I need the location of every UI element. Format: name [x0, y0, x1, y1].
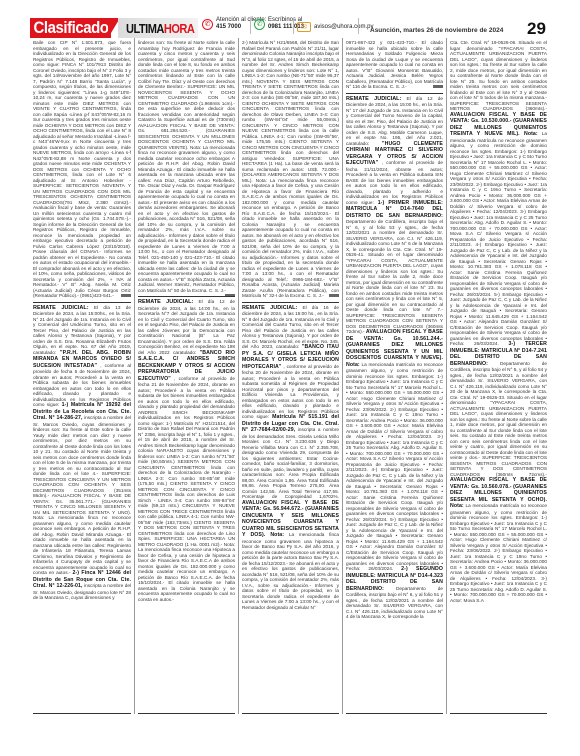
notice-body-text: La mencionada matrícula no reconoce grav… — [450, 503, 547, 603]
notice-body-text: Cta. Cte. Ctral. N° 19-0526-06. Situado … — [450, 40, 547, 111]
notice-separator — [33, 302, 131, 303]
notice-body-text: La mencionada matrícula no reconoce grav… — [346, 362, 443, 572]
column-2: linderos son: Su frente al Norte sobre l… — [134, 38, 238, 714]
notice-body-text: , conforme al proveído de fecha 21/11/20… — [346, 160, 443, 205]
notice-heading: REMATE JUDICIAL: — [346, 96, 401, 102]
notice-separator — [346, 93, 443, 94]
page-number: 29 — [527, 19, 546, 39]
column-bottom-rule — [242, 713, 339, 714]
logo-part2: HORA — [164, 21, 195, 36]
notice-body-text: La mencionada matrícula no reconoce grav… — [450, 131, 547, 346]
notice-heading: REMATE JUDICIAL: — [138, 299, 193, 305]
newspaper-logo: ULTIMAHORA — [126, 22, 194, 36]
classifieds-columns: Baile con CIP N° 1.501.873, que fuera em… — [30, 38, 550, 714]
notice-body-text: El día 13 de Diciembre de 2024, a las 15… — [33, 305, 131, 355]
column-bottom-rule — [450, 713, 547, 714]
notice-body-text: inscripta a nombre de los demandados Sre… — [242, 427, 339, 499]
notice-text: REMATE JUDICIAL: El día 12 de Diciembre … — [138, 299, 235, 602]
notice-end-mark — [433, 85, 443, 88]
notice-body-text: Baile con CIP N° 1.501.873, que fuera em… — [33, 40, 131, 298]
section-title: Clasificados — [30, 18, 111, 38]
notice-end-mark — [121, 294, 131, 297]
notice-body-text: La mencionada finca reconoce como gravam… — [242, 532, 339, 610]
notice-body-text: El día 16 de diciembre de 2024, a las 15… — [242, 305, 339, 350]
notice-text: linderos son: Su frente al Norte sobre l… — [138, 40, 235, 293]
publication-date: Asunción, martes 26 de noviembre de 2024 — [370, 27, 503, 34]
whatsapp-icon: ✆ — [254, 19, 265, 30]
notice-body-text: 2-) Matrícula N° H21/6568, del Distrito … — [242, 40, 339, 298]
notice-text: 0971-867-422 y 021-423-710.- El citado i… — [346, 40, 443, 90]
contact-email-value: avisos@uhora.com.py — [314, 24, 373, 30]
notice-text: Baile con CIP N° 1.501.873, que fuera em… — [33, 40, 131, 299]
notice-heading: REMATE JUDICIAL: — [33, 305, 89, 311]
notice-body-text: inscripta a nombre del Sr. Marcos Oviedo… — [33, 415, 131, 575]
column-4: 0971-867-422 y 021-423-710.- El citado i… — [342, 38, 446, 714]
column-bottom-rule — [138, 713, 235, 714]
notice-body-text: Departamento de Cordillera, inscripto ba… — [346, 219, 443, 334]
column-5: Cta. Cte. Ctral. N° 19-0526-06. Situado … — [446, 38, 550, 714]
page-header: Clasificados ULTIMAHORA ✆ Atención al cl… — [0, 0, 580, 38]
notice-heading: REMATE JUDICIAL: — [242, 305, 297, 311]
header-divider — [358, 18, 359, 34]
notice-text: REMATE JUDICIAL: El día 12 de Diciembre … — [346, 96, 443, 620]
phone-icon: ✆ — [202, 19, 213, 30]
notice-body-text: El día 12 de Diciembre de 2024, a las 15… — [346, 96, 443, 146]
notice-text: 2-) Matrícula N° H21/6568, del Distrito … — [242, 40, 339, 299]
notice-text: REMATE JUDICIAL: El día 16 de diciembre … — [242, 305, 339, 611]
header-divider — [293, 18, 294, 34]
notice-body-text: , conforme al proveído de fecha 20 de No… — [242, 364, 339, 420]
notice-separator — [242, 302, 339, 303]
column-bottom-rule — [33, 713, 131, 714]
column-1: Baile con CIP N° 1.501.873, que fuera em… — [30, 38, 134, 714]
notice-text: Cta. Cte. Ctral. N° 19-0526-06. Situado … — [450, 40, 547, 603]
notice-body-text: linderos son: Su frente al Norte sobre l… — [138, 40, 235, 293]
notice-body-text: El día 12 de Diciembre de 2024, a las 14… — [138, 299, 235, 355]
logo-part1: ULTIMA — [126, 21, 164, 36]
notice-body-text: , conforme al proveído de fecha 21 de No… — [138, 376, 235, 602]
header-divider — [250, 18, 251, 34]
column-bottom-rule — [346, 713, 443, 714]
column-3: 2-) Matrícula N° H21/6568, del Distrito … — [238, 38, 342, 714]
notice-body-text: 0971-867-422 y 021-423-710.- El citado i… — [346, 40, 443, 89]
mail-icon: ✉ — [297, 22, 311, 32]
notice-end-mark — [329, 294, 339, 297]
notice-separator — [138, 296, 235, 297]
notice-body-text: Departamento de Cordillera, inscripto ba… — [450, 361, 547, 477]
notice-body-text: , conforme al proveído de fecha 5 de Nov… — [33, 363, 131, 408]
contact-email: ✉ avisos@uhora.com.py — [297, 22, 373, 32]
notice-bold-text: AVALUACION FISCAL Y BASE DE VENTA: Gs. 1… — [450, 112, 547, 138]
notice-text: REMATE JUDICIAL: El día 13 de Diciembre … — [33, 305, 131, 601]
